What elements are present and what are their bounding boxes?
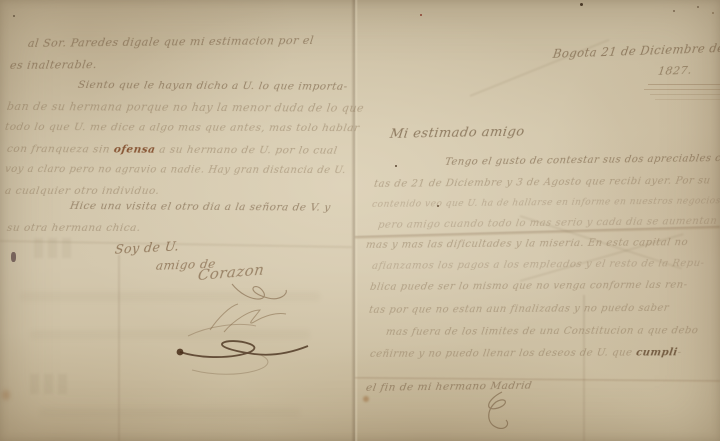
right-page-line-cumpli: ceñirme y no puedo llenar los deseos de … bbox=[369, 347, 682, 360]
watermark-ghost bbox=[62, 238, 71, 258]
line-fragment: ceñirme y no puedo llenar los deseos de … bbox=[369, 348, 637, 360]
emphasized-word-ofensa: ofensa bbox=[113, 144, 156, 156]
left-page-line: todo lo que U. me dice a algo mas que an… bbox=[4, 121, 360, 134]
ruled-line bbox=[650, 94, 720, 95]
ink-speck bbox=[420, 14, 422, 16]
right-page-line: tas de 21 de Diciembre y 3 de Agosto que… bbox=[373, 175, 711, 190]
closing-soy-de-u: Soy de U. bbox=[114, 239, 180, 257]
right-page-line: contenido veo que U. ha de hallarse en i… bbox=[371, 196, 720, 210]
right-page-line: Tengo el gusto de contestar sus dos apre… bbox=[444, 153, 720, 168]
dateline-year: 1827. bbox=[657, 64, 693, 78]
left-page-line: su otra hermana chica. bbox=[6, 222, 141, 234]
right-page-line: mas fuera de los limites de una Constitu… bbox=[385, 325, 699, 338]
watermark-ghost bbox=[58, 374, 67, 394]
line-fragment: con franqueza sin bbox=[6, 143, 115, 156]
left-page-line-ofensa: con franqueza sin ofensa a su hermano de… bbox=[6, 143, 338, 157]
left-page-line: al Sor. Paredes digale que mi estimacion… bbox=[27, 34, 315, 50]
ink-speck bbox=[712, 12, 714, 14]
center-fold-crease bbox=[351, 0, 358, 441]
ink-speck bbox=[13, 15, 15, 17]
rubric-flourish-icon bbox=[468, 390, 528, 432]
emphasized-word-cumpli: cumpli bbox=[635, 347, 678, 358]
ink-speck bbox=[673, 10, 675, 12]
left-page-line: Siento que le hayan dicho a U. lo que im… bbox=[77, 79, 348, 93]
left-page-line: ban de su hermana porque no hay la menor… bbox=[6, 100, 365, 115]
dateline-place-date: Bogota 21 de Diciembre de bbox=[552, 41, 720, 61]
rust-stain bbox=[363, 396, 369, 402]
left-page-line: Hice una visita el otro dia a la señora … bbox=[69, 200, 331, 214]
right-vertical-crease bbox=[583, 295, 585, 441]
right-page-line: blica puede ser lo mismo que no venga co… bbox=[369, 280, 688, 293]
rust-stain bbox=[2, 390, 10, 400]
salutation: Mi estimado amigo bbox=[389, 125, 526, 142]
ink-speck bbox=[697, 6, 699, 8]
signature-flourish-icon bbox=[158, 296, 318, 380]
left-page-line: voy a claro pero no agravio a nadie. Hay… bbox=[4, 164, 347, 176]
right-page-line: tas por que no estan aun finalizadas y n… bbox=[368, 303, 670, 316]
ink-speck bbox=[395, 165, 397, 167]
right-page-line: afianzamos los pagos a los empleados y e… bbox=[371, 258, 705, 272]
ink-speck bbox=[580, 3, 583, 6]
right-page-line: pero amigo cuando todo lo mas serio y ca… bbox=[377, 216, 718, 231]
ink-blot bbox=[11, 252, 16, 262]
left-page-line: es inalterable. bbox=[9, 58, 98, 72]
line-fragment: - bbox=[677, 347, 683, 358]
ruled-line bbox=[648, 84, 720, 85]
right-page-line: mas y mas las dificultades y la miseria.… bbox=[365, 237, 689, 251]
watermark-ghost bbox=[44, 374, 53, 394]
ruled-line bbox=[655, 99, 720, 100]
line-fragment: a su hermano de U. por lo cual bbox=[155, 144, 339, 157]
letter-photograph: al Sor. Paredes digale que mi estimacion… bbox=[0, 0, 720, 441]
ink-bleedthrough bbox=[40, 408, 300, 417]
watermark-ghost bbox=[34, 238, 43, 258]
watermark-ghost bbox=[48, 238, 57, 258]
ruled-line bbox=[644, 89, 720, 90]
watermark-ghost bbox=[30, 374, 39, 394]
left-page-line: a cualquier otro individuo. bbox=[4, 185, 160, 197]
